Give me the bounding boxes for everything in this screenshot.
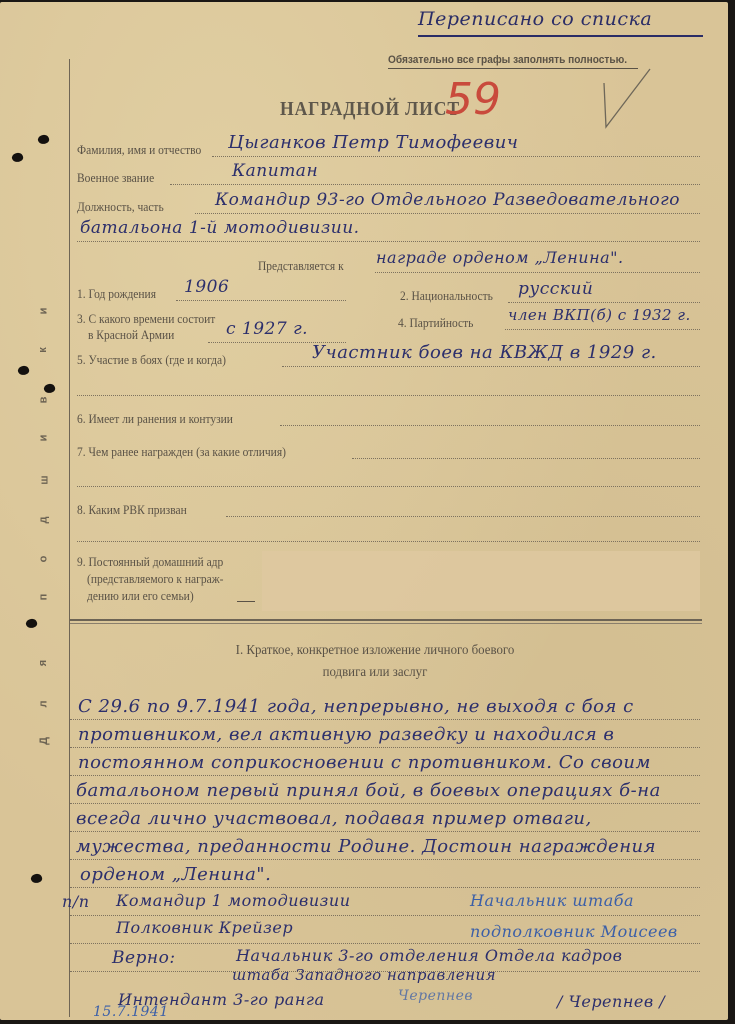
body-line: постоянном соприкосновении с противником… xyxy=(78,752,651,773)
battles-label: 5. Участие в боях (где и когда) xyxy=(77,353,226,368)
battles-value: Участник боев на КВЖД в 1929 г. xyxy=(312,342,657,363)
verno-label: Верно: xyxy=(112,948,176,968)
body-line: мужества, преданности Родине. Достоин на… xyxy=(76,836,656,857)
rank-label: Военное звание xyxy=(77,171,154,186)
page-title: НАГРАДНОЙ ЛИСТ xyxy=(280,98,460,121)
address-label-1: 9. Постоянный домашний адр xyxy=(77,555,223,570)
section-divider xyxy=(70,619,702,621)
nationality-value: русский xyxy=(518,279,593,299)
army-since-label-1: 3. С какого времени состоит xyxy=(77,312,215,327)
name-value: Цыганков Петр Тимофеевич xyxy=(228,132,519,153)
party-label: 4. Партийность xyxy=(398,316,473,331)
verno-signature: Черепнев xyxy=(398,988,473,1004)
party-value: член ВКП(б) с 1932 г. xyxy=(508,306,691,324)
position-value-line2: батальона 1-й мотодивизии. xyxy=(80,218,360,238)
rvk-label: 8. Каким РВК призван xyxy=(77,503,187,518)
verno-line-2: штаба Западного направления xyxy=(232,966,496,984)
punch-hole xyxy=(11,151,24,163)
punch-hole xyxy=(25,617,38,629)
punch-hole xyxy=(30,872,43,884)
section-1-heading-line2: подвига или заслуг xyxy=(191,665,559,681)
verno-line-1: Начальник 3-го отделения Отдела кадров xyxy=(236,946,622,965)
body-line: орденом „Ленина". xyxy=(80,864,271,885)
section-1-heading-line1: I. Краткое, конкретное изложение личного… xyxy=(191,643,559,659)
verno-name: / Черепнев / xyxy=(557,992,665,1011)
checkmark-icon xyxy=(598,67,658,142)
presented-label: Представляется к xyxy=(258,259,344,274)
signature-date: 15.7.1941 xyxy=(93,1004,169,1020)
award-sheet-paper: Д л я п о д ш и в к и Переписано со спис… xyxy=(0,2,728,1020)
army-since-value: с 1927 г. xyxy=(226,319,308,339)
chief-of-staff-name: подполковник Моисеев xyxy=(470,922,678,941)
commander-title: Командир 1 мотодивизии xyxy=(116,891,351,910)
birth-year-label: 1. Год рождения xyxy=(77,287,156,302)
punch-hole xyxy=(17,364,30,376)
name-label: Фамилия, имя и отчество xyxy=(77,143,201,158)
address-label-3: дению или его семьи) xyxy=(87,589,194,604)
chief-of-staff-title: Начальник штаба xyxy=(470,891,634,910)
red-sheet-number: 59 xyxy=(445,74,501,125)
birth-year-value: 1906 xyxy=(184,277,229,297)
address-label-2: (представляемого к награж- xyxy=(87,572,223,587)
position-value-line1: Командир 93-го Отдельного Разведовательн… xyxy=(215,190,680,210)
top-note-underline xyxy=(418,35,703,37)
army-since-label-2: в Красной Армии xyxy=(88,328,174,343)
presented-value: награде орденом „Ленина". xyxy=(376,248,624,267)
position-label: Должность, часть xyxy=(77,200,164,215)
previous-awards-label: 7. Чем ранее награжден (за какие отличия… xyxy=(77,445,286,460)
punch-hole xyxy=(37,133,50,145)
commander-name: Полковник Крейзер xyxy=(116,918,293,937)
body-line: С 29.6 по 9.7.1941 года, непрерывно, не … xyxy=(78,696,634,717)
rank-value: Капитан xyxy=(232,161,318,181)
wounds-label: 6. Имеет ли ранения и контузии xyxy=(77,412,233,427)
body-line: противником, вел активную разведку и нах… xyxy=(78,724,614,745)
nationality-label: 2. Национальность xyxy=(400,289,493,304)
pp-mark: п/п xyxy=(62,892,90,911)
body-line: всегда лично участвовал, подавая пример … xyxy=(76,808,592,829)
punch-hole xyxy=(43,382,56,394)
redacted-address-area xyxy=(262,551,700,611)
body-line: батальоном первый принял бой, в боевых о… xyxy=(76,780,661,801)
instruction-text: Обязательно все графы заполнять полность… xyxy=(388,54,627,66)
copied-from-list-note: Переписано со списка xyxy=(418,8,652,30)
margin-rule xyxy=(69,59,70,1017)
